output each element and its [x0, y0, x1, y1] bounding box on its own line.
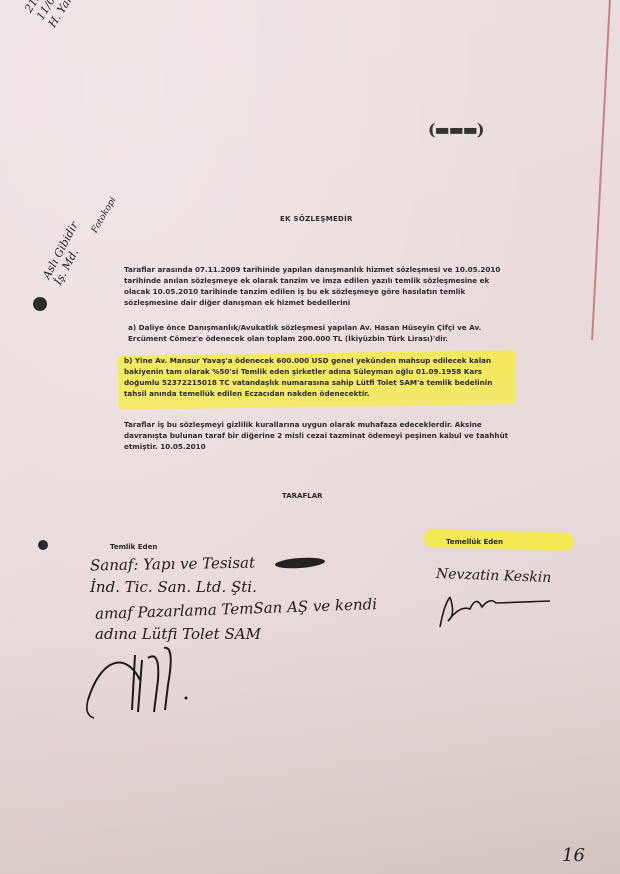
assignee-signature: [430, 585, 560, 635]
assignor-handwriting-line: İnd. Tic. San. Ltd. Şti.: [90, 578, 257, 596]
assignor-signature: [80, 640, 200, 720]
photocopy-label: Fotokopi: [90, 196, 119, 236]
parties-heading: TARAFLAR: [282, 492, 323, 500]
handwritten-receipt-note: 218 154 11/01/2018 H. Yanıkoğlu: [22, 0, 95, 30]
document-title: EK SÖZLEŞMEDİR: [280, 215, 353, 223]
certified-copy-stamp: Aslı Gibidir İş. Md.: [40, 220, 92, 288]
ink-dot: [33, 297, 47, 311]
scratched-out-mark: [275, 556, 326, 569]
assignee-handwriting-name: Nevzatin Keskin: [436, 566, 552, 586]
intro-paragraph: Taraflar arasında 07.11.2009 tarihinde y…: [124, 264, 509, 308]
closing-paragraph: Taraflar iş bu sözleşmeyi gizlilik kural…: [124, 419, 509, 452]
assignor-label: Temlik Eden: [110, 543, 157, 551]
redacted-scribble: (▬▬▬): [428, 120, 484, 139]
assignor-handwriting-line: Sanaf: Yapı ve Tesisat: [90, 554, 255, 575]
page-number: 16: [562, 845, 585, 866]
ink-dot: [38, 540, 48, 550]
photocopy-note: Fotokopi: [90, 196, 119, 236]
assignee-label: Temellük Eden: [446, 538, 503, 546]
assignor-handwriting-line: amaf Pazarlama TemSan AŞ ve kendi: [95, 595, 378, 623]
item-a-paragraph: a) Daliye önce Danışmanlık/Avukatlık söz…: [128, 322, 513, 344]
item-b-paragraph: b) Yine Av. Mansur Yavaş'a ödenecek 600.…: [124, 355, 509, 399]
page-edge-line: [591, 0, 611, 340]
